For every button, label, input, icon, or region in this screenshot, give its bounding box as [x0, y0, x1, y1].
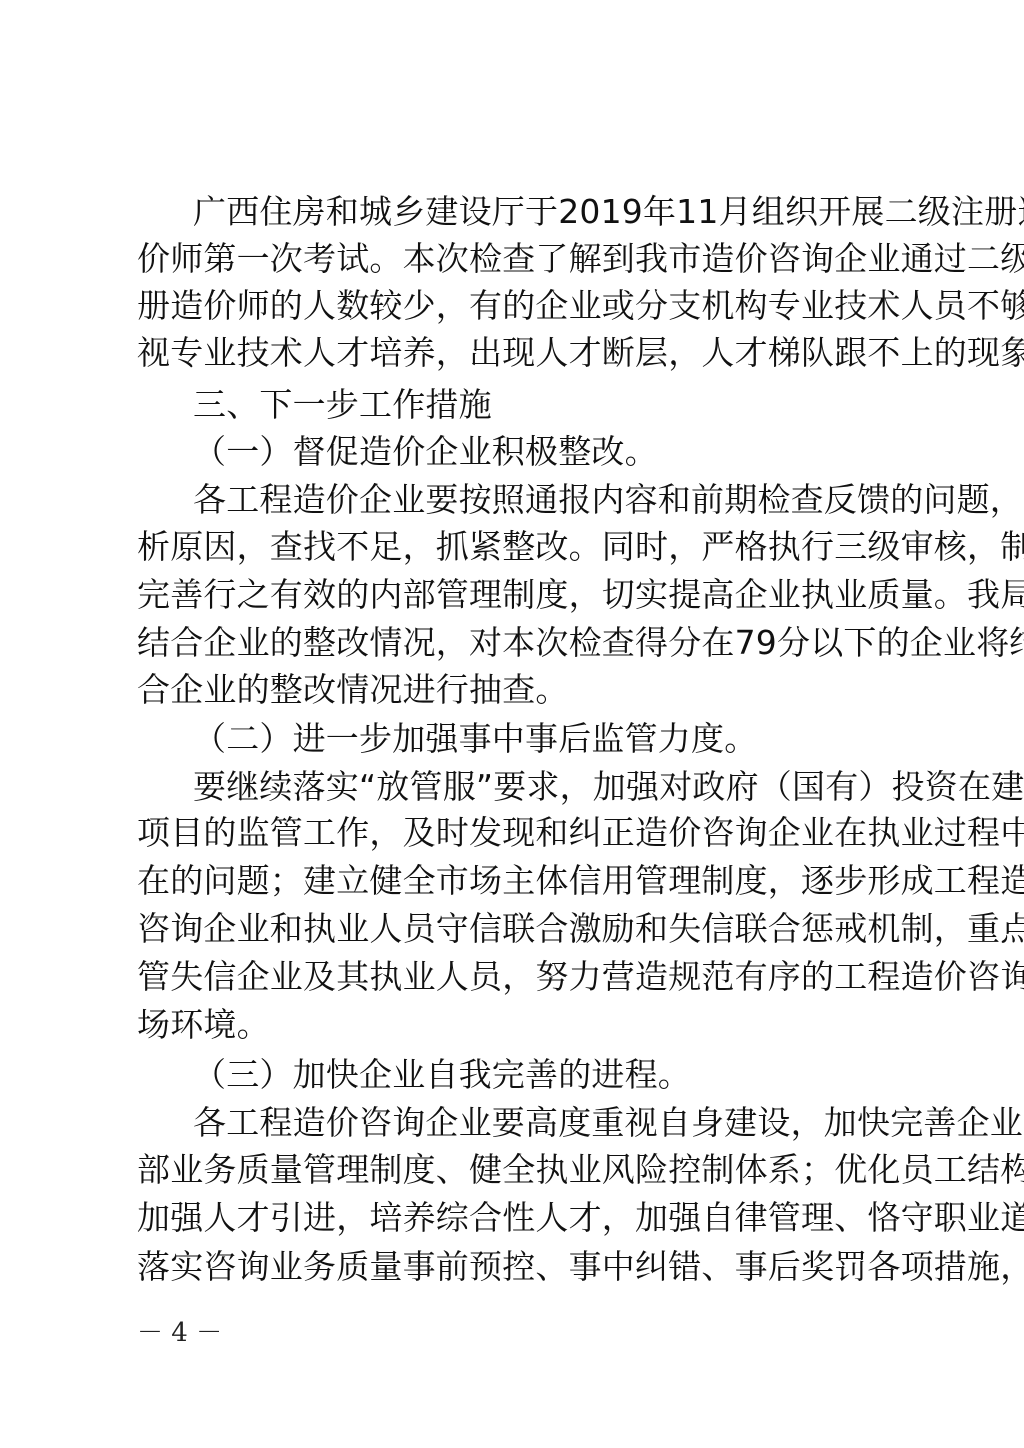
- paragraph-line: 视专业技术人才培养，出现人才断层，人才梯队跟不上的现象。: [137, 329, 899, 377]
- paragraph-line: 价师第一次考试。本次检查了解到我市造价咨询企业通过二级注: [137, 235, 899, 283]
- document-page: 广西住房和城乡建设厅于2019年11月组织开展二级注册造 价师第一次考试。本次检…: [0, 0, 1024, 1448]
- paragraph-line: 咨询企业和执业人员守信联合激励和失信联合惩戒机制，重点监: [137, 905, 899, 953]
- paragraph-line: 管失信企业及其执业人员，努力营造规范有序的工程造价咨询市: [137, 953, 899, 1001]
- subsection-heading: （三）加快企业自我完善的进程。: [193, 1051, 899, 1099]
- paragraph-line: 合企业的整改情况进行抽查。: [137, 666, 899, 714]
- paragraph-line: 析原因，查找不足，抓紧整改。同时，严格执行三级审核，制定: [137, 523, 899, 571]
- paragraph-line: 项目的监管工作，及时发现和纠正造价咨询企业在执业过程中存: [137, 809, 899, 857]
- paragraph-line: 部业务质量管理制度、健全执业风险控制体系；优化员工结构，: [137, 1146, 899, 1194]
- paragraph-line: 各工程造价咨询企业要高度重视自身建设，加快完善企业内: [193, 1099, 899, 1147]
- paragraph-line: 各工程造价企业要按照通报内容和前期检查反馈的问题，分: [193, 476, 899, 524]
- section-heading: 三、下一步工作措施: [193, 381, 899, 429]
- paragraph-line: 场环境。: [137, 1001, 899, 1049]
- paragraph-line: 在的问题；建立健全市场主体信用管理制度，逐步形成工程造价: [137, 857, 899, 905]
- paragraph-line: 广西住房和城乡建设厅于2019年11月组织开展二级注册造: [193, 188, 899, 236]
- paragraph-line: 册造价师的人数较少，有的企业或分支机构专业技术人员不够重: [137, 282, 899, 330]
- paragraph-line: 要继续落实“放管服”要求，加强对政府（国有）投资在建: [193, 763, 899, 811]
- paragraph-line: 落实咨询业务质量事前预控、事中纠错、事后奖罚各项措施，提: [137, 1243, 899, 1291]
- paragraph-line: 完善行之有效的内部管理制度，切实提高企业执业质量。我局将: [137, 571, 899, 619]
- subsection-heading: （二）进一步加强事中事后监管力度。: [193, 715, 899, 763]
- paragraph-line: 加强人才引进，培养综合性人才，加强自律管理、恪守职业道德，: [137, 1194, 899, 1242]
- paragraph-line: 结合企业的整改情况，对本次检查得分在79分以下的企业将结: [137, 619, 899, 667]
- subsection-heading: （一）督促造价企业积极整改。: [193, 428, 899, 476]
- page-number: － 4 －: [137, 1312, 222, 1349]
